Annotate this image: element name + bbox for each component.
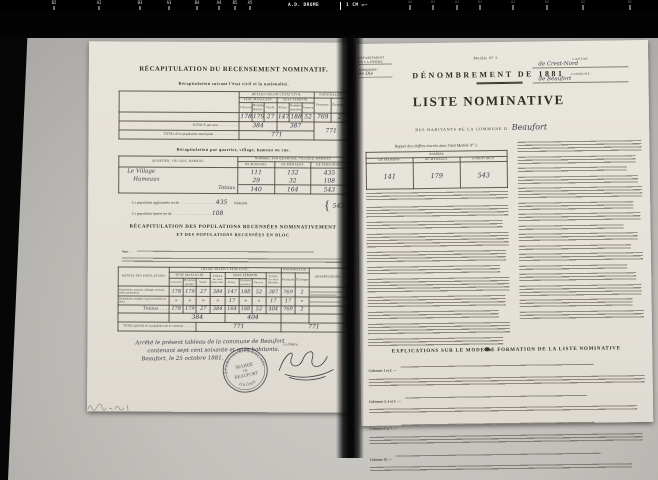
ruler-tick xyxy=(140,6,141,10)
instruction-paragraph xyxy=(519,232,638,242)
value-cell: 132 xyxy=(274,168,311,177)
value-cell: » xyxy=(170,297,184,305)
explanations-heading: EXPLICATIONS SUR LE MODE DE FORMATION DE… xyxy=(368,346,644,355)
value-cell: 384 xyxy=(210,305,225,313)
habitants-label: habitants. xyxy=(234,201,248,205)
paragraph-lead: Colonne 10. — xyxy=(370,457,393,461)
section1-subtitle: Récapitulation suivant l'état civil et l… xyxy=(119,80,349,86)
value-cell: 52 xyxy=(252,305,266,313)
value-cell: 111 xyxy=(238,168,275,177)
value-cell: 2 xyxy=(295,287,309,297)
total-feminin: 387 xyxy=(277,121,315,130)
ruler-tick xyxy=(513,5,514,10)
explanation-paragraph: Colonne 10. — xyxy=(370,443,646,471)
col-garcons: Garçons. xyxy=(239,103,252,112)
col-garcons: Garçons. xyxy=(170,278,184,286)
value-cell: 52 xyxy=(302,113,315,122)
total-population: 771 xyxy=(239,130,314,139)
instruction-paragraph xyxy=(366,220,502,230)
instruction-paragraph xyxy=(368,295,506,308)
col-francais: Français. xyxy=(314,98,331,113)
mairie-stamp-icon: RÉPUBLIQUE FRANÇAISE DRÔME MAIRIE DE BEA… xyxy=(215,339,276,400)
commune-subtitle-value: Beaufort xyxy=(512,122,547,131)
ruler-tick xyxy=(250,6,251,10)
ruler-label: B5 xyxy=(431,0,435,4)
col-veuves: Veuves. xyxy=(252,279,266,287)
value-cell: 404 xyxy=(266,305,281,313)
ruler-label: A2 xyxy=(581,0,585,4)
value-cell: 147 xyxy=(277,112,290,121)
value-cell: 387 xyxy=(266,287,281,297)
ruler-label: B4 xyxy=(478,0,482,4)
instruction-paragraph xyxy=(518,201,633,211)
instruction-paragraph xyxy=(366,205,508,218)
value-cell: 32 xyxy=(274,176,311,185)
ruler-label: B3 xyxy=(138,0,143,5)
ruler-tick xyxy=(197,6,198,10)
col-veuves: Veuves. xyxy=(302,103,315,112)
col-veufs: Veufs. xyxy=(264,103,277,112)
grand-total: 771 xyxy=(196,322,280,331)
ruler-tick xyxy=(219,6,220,10)
ruler-label: B3 xyxy=(545,0,549,4)
rules-column xyxy=(517,140,644,345)
value-cell: 147 xyxy=(225,287,239,297)
total-masculin: 384 xyxy=(239,121,277,130)
value-cell: 17 xyxy=(281,297,295,305)
ruler-label: B4 xyxy=(195,0,200,5)
blank-cell xyxy=(118,313,169,322)
instruction-paragraph xyxy=(519,272,636,282)
instruction-paragraph xyxy=(518,186,642,199)
instruction-paragraph xyxy=(519,244,631,251)
agglomeree-label: La population agglomérée est de . . . . … xyxy=(132,201,215,205)
blank-cell xyxy=(281,314,309,323)
model-number-label: Modèle N° 2. xyxy=(446,56,526,61)
agglomeree-value: 435 xyxy=(216,199,227,206)
value-cell: 769 xyxy=(281,306,295,314)
ruler-label: A3 xyxy=(167,0,172,5)
instruction-paragraph xyxy=(519,224,624,230)
value-cell: 178 xyxy=(169,305,183,313)
ruler-label: A5 xyxy=(248,0,253,5)
left-page-recapitulation: RÉCAPITULATION DU RECENSEMENT NOMINATIF.… xyxy=(87,41,353,412)
value-cell: » xyxy=(239,297,253,305)
explanations-section: EXPLICATIONS SUR LE MODE DE FORMATION DE… xyxy=(368,346,646,472)
value-cell: 2 xyxy=(295,306,309,314)
left-page-title: RÉCAPITULATION DU RECENSEMENT NOMINATIF. xyxy=(119,65,349,73)
value-cell: » xyxy=(197,297,211,305)
title-flourish-rule xyxy=(477,82,523,85)
value-cell: 769 xyxy=(314,113,331,122)
value-cell: 141 xyxy=(366,163,413,190)
value-cell: » xyxy=(252,297,266,305)
recall-heading: Rappel des chiffres inscrits dans l'état… xyxy=(365,142,507,149)
col-veufs: Veufs. xyxy=(197,278,211,286)
eparse-label: La population éparse est de . . . . . . … xyxy=(132,212,211,216)
ruler-label: B2 xyxy=(52,0,57,5)
stub-nature: NATURE DES POPULATIONS. xyxy=(118,266,170,286)
canton-commune-block: CANTON de Crest-Nord COMMUNE de Beaufort xyxy=(532,56,628,83)
ruler-tick xyxy=(169,6,170,10)
ruler-label: B2 xyxy=(628,0,632,4)
col-francais: Français. xyxy=(281,273,295,287)
instruction-paragraph xyxy=(368,322,510,335)
instruction-paragraph xyxy=(519,252,643,262)
value-cell: 27 xyxy=(197,287,211,297)
subtotal-feminin: 404 xyxy=(225,313,281,322)
ruler-tick xyxy=(99,6,100,10)
ruler-label: A2 xyxy=(97,0,102,5)
ruler-tick xyxy=(630,5,631,10)
instruction-paragraph xyxy=(519,284,641,297)
instruction-paragraph xyxy=(518,155,636,165)
ruler-label: B5 xyxy=(233,0,238,5)
instruction-paragraph xyxy=(517,140,641,153)
explanation-paragraph: Colonnes 1 et 2. — xyxy=(368,355,644,386)
instruction-paragraph xyxy=(520,310,644,320)
eparse-line: La population éparse est de . . . . . . … xyxy=(132,210,348,218)
nota-lead: Nota. — xyxy=(122,249,133,253)
col-femmes-mariees: Femmes mariées. xyxy=(289,103,302,112)
ruler-label: A4 xyxy=(455,0,459,4)
nota-paragraph: Nota. — xyxy=(118,239,348,263)
ruler-tick xyxy=(433,5,434,10)
col-total-feminin: TOTAL du sexe féminin. xyxy=(266,273,281,287)
ruler-divider xyxy=(340,2,341,10)
book-gutter-shadow xyxy=(336,36,364,458)
value-cell: 29 xyxy=(238,176,275,185)
recall-table: NOMBRE DE MAISONS. DE MÉNAGES. D'INDIVID… xyxy=(366,150,509,190)
col-hommes-maries: Hommes mariés. xyxy=(252,103,265,112)
stamp-center-3: BEAUFORT xyxy=(234,370,259,380)
totaux-label: Totaux xyxy=(119,184,238,194)
totaux-row-label: Totaux . . . xyxy=(118,305,169,313)
instruction-paragraph xyxy=(518,212,640,222)
film-black-band xyxy=(0,12,658,38)
value-cell: 543 xyxy=(460,162,507,189)
value-cell: 17 xyxy=(266,297,281,305)
canton-value: de Crest-Nord xyxy=(532,60,628,68)
paragraph-lead: Colonnes 6 et 7. — xyxy=(369,426,397,430)
instruction-paragraph xyxy=(518,166,627,173)
liste-nominative-title: LISTE NOMINATIVE xyxy=(369,91,609,110)
value-cell: 178 xyxy=(239,112,252,121)
brace-icon: { xyxy=(324,198,330,214)
recall-note-text xyxy=(366,191,508,202)
ruler-tick xyxy=(235,6,236,10)
ruler-tick xyxy=(480,5,481,10)
row-label: Populations, maisons, ménages recensés (… xyxy=(118,286,169,296)
right-page-liste-nominative: DÉPARTEMENT DE LA DRÔME ARRONDISSᵀ de Di… xyxy=(356,40,653,426)
col-etrangers: Étrangers. xyxy=(295,273,309,287)
value-cell: 17 xyxy=(225,297,239,305)
paragraph-lead: Colonnes 1 et 2. — xyxy=(369,368,397,372)
ruler-tick xyxy=(410,5,411,10)
instruction-paragraph xyxy=(367,265,501,275)
row-village-label: Le Village xyxy=(119,167,238,176)
recall-column: Rappel des chiffres inscrits dans l'état… xyxy=(365,142,510,347)
value-cell: 27 xyxy=(197,305,211,313)
value-cell: 188 xyxy=(289,113,302,122)
explanation-paragraph: Colonnes 3, 4 et 5. — xyxy=(369,386,645,414)
paragraph-lead: Colonnes 3, 4 et 5. — xyxy=(369,399,401,403)
total-municipal-label: TOTAL de la population municipale . . . … xyxy=(119,130,239,140)
microfilm-scan-viewport: B2 A2 B3 A3 B4 A4 B5 A5 A.D. DROME 1 CM … xyxy=(0,0,658,480)
value-cell: 188 xyxy=(239,287,253,297)
col-total-masculin: TOTAL du sexe masculin. xyxy=(210,273,225,287)
col-filles: Filles. xyxy=(277,103,290,112)
value-cell: 179 xyxy=(413,162,460,189)
ruler-tick xyxy=(457,5,458,10)
population-summary: La population agglomérée est de . . . . … xyxy=(118,198,348,217)
instruction-paragraph xyxy=(518,175,638,185)
ruler-tick xyxy=(547,5,548,10)
pencil-annotation xyxy=(86,400,132,418)
instruction-paragraph xyxy=(367,250,506,263)
quartier-table: QUARTIER, VILLAGE, HAMEAU. NOMBRE, PAR Q… xyxy=(118,155,348,195)
value-cell: 188 xyxy=(239,305,253,313)
instructions-columns: Rappel des chiffres inscrits dans l'état… xyxy=(365,140,644,347)
archive-label: A.D. DROME xyxy=(288,3,319,8)
mayor-signature: Le Maire, xyxy=(275,342,339,384)
value-cell: 179 xyxy=(183,305,197,313)
ruler-label: A5 xyxy=(408,0,412,4)
section2-subtitle: Récapitulation par quartier, village, ha… xyxy=(118,146,348,152)
instruction-paragraph xyxy=(368,310,499,320)
section3-title1: RÉCAPITULATION DES POPULATIONS RECENSÉES… xyxy=(118,224,348,230)
col-filles: Filles. xyxy=(225,278,239,286)
grand-total-label: TOTAL (général) de la population de la c… xyxy=(118,322,197,331)
value-cell: » xyxy=(295,297,309,305)
recap-bloc-table: NATURE DES POPULATIONS. DÉTAIL SELON L'É… xyxy=(117,266,347,332)
instruction-paragraph xyxy=(367,232,509,248)
value-cell: 164 xyxy=(225,305,239,313)
instruction-paragraph xyxy=(368,337,503,347)
signature-flourish-icon xyxy=(275,346,339,382)
row-label: Populations comptées à part (recensées e… xyxy=(118,296,169,305)
section3-title2: ET DES POPULATIONS RECENSÉES EN BLOC xyxy=(118,231,348,237)
value-cell: » xyxy=(210,297,225,305)
ruler-tick xyxy=(583,5,584,10)
agglomeree-line: La population agglomérée est de . . . . … xyxy=(132,199,348,207)
value-cell: 27 xyxy=(264,112,277,121)
value-cell: 52 xyxy=(252,287,266,297)
value-cell: 769 xyxy=(281,287,295,297)
total-cell: 140 xyxy=(238,185,275,194)
instruction-paragraph xyxy=(367,277,509,293)
col-hommes-maries: Hommes mariés. xyxy=(183,278,197,286)
commune-subtitle: DES HABITANTS DE LA COMMUNE D Beaufort xyxy=(361,116,601,137)
commune-value: de Beaufort xyxy=(532,75,628,83)
instruction-paragraph xyxy=(520,298,633,308)
stub-quartier: QUARTIER, VILLAGE, HAMEAU. xyxy=(119,156,238,168)
value-cell: 179 xyxy=(183,287,197,297)
instruction-paragraph xyxy=(519,264,627,271)
stub-blank xyxy=(119,91,239,112)
commune-subtitle-label: DES HABITANTS DE LA COMMUNE D xyxy=(415,126,507,132)
subtotal-masculin: 384 xyxy=(169,313,225,322)
ruler-label: A4 xyxy=(217,0,222,5)
eparse-value: 108 xyxy=(212,210,223,217)
value-cell: » xyxy=(183,297,197,305)
calibration-ruler: B2 A2 B3 A3 B4 A4 B5 A5 A.D. DROME 1 CM … xyxy=(0,0,658,12)
explanation-paragraph: Colonnes 6 et 7. — xyxy=(369,413,645,444)
value-cell: 178 xyxy=(170,287,184,297)
etat-civil-table: DÉTAILS SELON L'ÉTAT CIVIL. NATIONALITÉ.… xyxy=(118,90,348,140)
ruler-scale-label: 1 CM =— xyxy=(346,3,368,8)
total-cell: 164 xyxy=(274,185,311,194)
ruler-tick xyxy=(54,6,55,10)
value-cell: 384 xyxy=(210,287,225,297)
ruler-label: A3 xyxy=(511,0,515,4)
col-femmes-mariees: Femmes mariées. xyxy=(239,278,253,286)
value-cell: 179 xyxy=(252,112,265,121)
